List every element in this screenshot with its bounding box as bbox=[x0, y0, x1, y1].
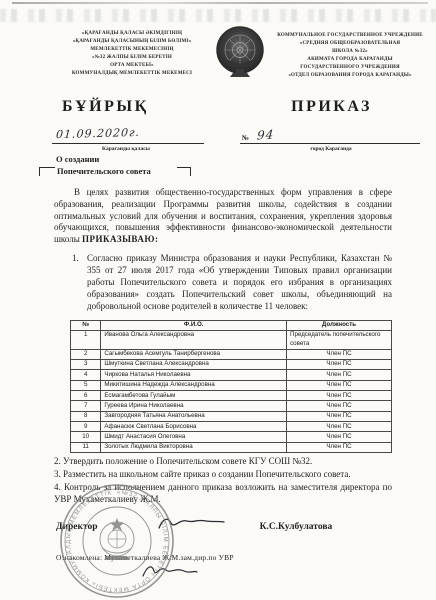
date-number-line: 01.09.2020г. № 94 bbox=[0, 116, 436, 144]
document-titles: БҰЙРЫҚ ПРИКАЗ bbox=[0, 81, 436, 116]
stamp-ring-text: «№32 ЖАЛПЫ БІЛІМ БЕРЕТІН ОРТА МЕКТЕБІ» К… bbox=[58, 482, 168, 592]
member-number-cell: 5 bbox=[71, 380, 101, 390]
member-name-cell: Завгородняя Татьяна Анатольевна bbox=[101, 411, 287, 421]
member-name-cell: Есмагамбетова Гулайым bbox=[101, 391, 287, 401]
place-russian: город Караганда bbox=[242, 146, 420, 152]
org-left-line: «ҚАРАҒАНДЫ ҚАЛАСЫНЫҢ БІЛІМ БӨЛІМІ» bbox=[52, 38, 212, 46]
org-right-line: ГОСУДАРСТВЕННОГО УЧРЕЖДЕНИЯ bbox=[268, 64, 432, 72]
member-number-cell: 11 bbox=[71, 442, 101, 452]
member-number-cell: 9 bbox=[71, 422, 101, 432]
member-number-cell: 2 bbox=[71, 349, 101, 359]
order-item-3: 3. Разместить на школьном сайте приказ о… bbox=[54, 469, 392, 481]
signature-name: К.С.Кулбулатова bbox=[260, 522, 333, 532]
place-kazakh: Караганды қаласы bbox=[52, 146, 200, 152]
member-name-cell: Микитишина Надежда Александровна bbox=[101, 380, 287, 390]
handwritten-number: 94 bbox=[257, 127, 275, 142]
org-right-line: «ОТДЕЛ ОБРАЗОВАНИЯ ГОРОДА КАРАГАНДЫ» bbox=[268, 72, 432, 80]
member-number-cell: 8 bbox=[71, 411, 101, 421]
org-left-line: КОММУНАЛДЫҚ МЕМЛЕКЕТТІК МЕКЕМЕСІ bbox=[52, 70, 212, 78]
table-row: 3Шмуткина Светлана АлександровнаЧлен ПС bbox=[71, 359, 392, 369]
org-left-line: «№32 ЖАЛПЫ БІЛІМ БЕРЕТІН bbox=[52, 54, 212, 62]
member-role-cell: Председатель попечительского совета bbox=[287, 330, 392, 349]
scan-artifact-band bbox=[0, 9, 436, 22]
subject-line1: О создании bbox=[56, 154, 436, 166]
corner-mark-left bbox=[39, 167, 55, 176]
order-item-1: 1. Согласно приказу Министра образования… bbox=[0, 246, 436, 312]
member-name-cell: Гуреева Ирина Николаевна bbox=[101, 401, 287, 411]
kazakhstan-coat-of-arms-icon bbox=[212, 25, 268, 81]
trustees-table: № Ф.И.О. Должность 1Иванова Ольга Алекса… bbox=[70, 320, 392, 454]
member-role-cell: Член ПС bbox=[287, 411, 392, 421]
member-name-cell: Афанасюк Светлана Борисовна bbox=[101, 422, 287, 432]
member-role-cell: Член ПС bbox=[287, 359, 392, 369]
handwritten-date: 01.09.2020г. bbox=[56, 126, 141, 141]
member-name-cell: Иванова Ольга Александровна bbox=[101, 330, 287, 349]
order-item-1-number: 1. bbox=[72, 253, 87, 312]
table-row: 6Есмагамбетова ГулайымЧлен ПС bbox=[71, 391, 392, 401]
table-row: 11Золотых Людмила ВикторовнаЧлен ПС bbox=[71, 442, 392, 452]
subject-line2: Попечительского совета bbox=[57, 166, 151, 176]
subject-line2-wrap: Попечительского совета bbox=[56, 166, 436, 178]
member-number-cell: 4 bbox=[71, 370, 101, 380]
table-row: 9Афанасюк Светлана БорисовнаЧлен ПС bbox=[71, 422, 392, 432]
table-row: 4Чиркова Наталья НиколаевнаЧлен ПС bbox=[71, 370, 392, 380]
table-row: 8Завгородняя Татьяна АнатольевнаЧлен ПС bbox=[71, 411, 392, 421]
scan-artifact-line bbox=[12, 2, 428, 4]
member-role-cell: Член ПС bbox=[287, 349, 392, 359]
order-item-1-text: Согласно приказу Министра образования и … bbox=[87, 253, 392, 312]
svg-text:«№32 ЖАЛПЫ БІЛІМ БЕРЕТІН ОРТА: «№32 ЖАЛПЫ БІЛІМ БЕРЕТІН ОРТА МЕКТЕБІ» К… bbox=[58, 482, 168, 592]
table-row: 10Шмидт Анастасия ОлеговнаЧлен ПС bbox=[71, 432, 392, 442]
place-line: Караганды қаласы город Караганда bbox=[0, 144, 436, 152]
member-name-cell: Сагымбекова Асемгуль Танирбергенова bbox=[101, 349, 287, 359]
col-header-number: № bbox=[71, 320, 101, 330]
prikazyvayu-emphasis: ПРИКАЗЫВАЮ: bbox=[82, 234, 158, 244]
member-number-cell: 10 bbox=[71, 432, 101, 442]
number-field: № 94 bbox=[240, 128, 420, 144]
member-name-cell: Чиркова Наталья Николаевна bbox=[101, 370, 287, 380]
col-header-fio: Ф.И.О. bbox=[101, 320, 287, 330]
table-row: 7Гуреева Ирина НиколаевнаЧлен ПС bbox=[71, 401, 392, 411]
org-left-line: ОРТА МЕКТЕБІ» bbox=[52, 62, 212, 70]
corner-mark-right bbox=[177, 167, 191, 176]
org-name-kazakh: «ҚАРАҒАНДЫ ҚАЛАСЫ ӘКІМДІГІНІҢ «ҚАРАҒАНДЫ… bbox=[52, 30, 212, 78]
member-role-cell: Член ПС bbox=[287, 391, 392, 401]
org-left-line: МЕМЛЕКЕТТІК МЕКЕМЕСІНІҢ bbox=[52, 46, 212, 54]
member-role-cell: Член ПС bbox=[287, 380, 392, 390]
preamble-paragraph: В целях развития общественно-государстве… bbox=[0, 178, 436, 246]
member-number-cell: 6 bbox=[71, 391, 101, 401]
table-row: 2Сагымбекова Асемгуль ТанирбергеноваЧлен… bbox=[71, 349, 392, 359]
number-label: № bbox=[242, 134, 249, 142]
member-number-cell: 1 bbox=[71, 330, 101, 349]
table-row: 1Иванова Ольга АлександровнаПредседатель… bbox=[71, 330, 392, 349]
table-header-row: № Ф.И.О. Должность bbox=[71, 320, 392, 330]
date-field: 01.09.2020г. bbox=[52, 124, 204, 144]
title-kazakh: БҰЙРЫҚ bbox=[62, 98, 149, 116]
col-header-role: Должность bbox=[287, 320, 392, 330]
members-table-body: 1Иванова Ольга АлександровнаПредседатель… bbox=[71, 330, 392, 452]
member-role-cell: Член ПС bbox=[287, 370, 392, 380]
table-row: 5Микитишина Надежда АлександровнаЧлен ПС bbox=[71, 380, 392, 390]
order-item-2: 2. Утвердить положение о Попечительском … bbox=[54, 456, 392, 468]
member-role-cell: Член ПС bbox=[287, 432, 392, 442]
member-role-cell: Член ПС bbox=[287, 401, 392, 411]
member-role-cell: Член ПС bbox=[287, 442, 392, 452]
official-round-stamp: «№32 ЖАЛПЫ БІЛІМ БЕРЕТІН ОРТА МЕКТЕБІ» К… bbox=[58, 482, 176, 600]
member-name-cell: Шмуткина Светлана Александровна bbox=[101, 359, 287, 369]
member-number-cell: 7 bbox=[71, 401, 101, 411]
member-role-cell: Член ПС bbox=[287, 422, 392, 432]
org-right-line: КОММУНАЛЬНОЕ ГОСУДАРСТВЕННОЕ УЧРЕЖДЕНИЕ bbox=[268, 32, 432, 40]
org-right-line: ШКОЛА №32» bbox=[268, 48, 432, 56]
org-left-line: «ҚАРАҒАНДЫ ҚАЛАСЫ ӘКІМДІГІНІҢ bbox=[52, 30, 212, 38]
org-name-russian: КОММУНАЛЬНОЕ ГОСУДАРСТВЕННОЕ УЧРЕЖДЕНИЕ … bbox=[268, 30, 432, 80]
order-document-page: «ҚАРАҒАНДЫ ҚАЛАСЫ ӘКІМДІГІНІҢ «ҚАРАҒАНДЫ… bbox=[0, 0, 436, 600]
member-name-cell: Шмидт Анастасия Олеговна bbox=[101, 432, 287, 442]
org-right-line: «СРЕДНЯЯ ОБЩЕОБРАЗОВАТЕЛЬНАЯ bbox=[268, 40, 432, 48]
member-number-cell: 3 bbox=[71, 359, 101, 369]
title-russian: ПРИКАЗ bbox=[291, 98, 372, 116]
org-right-line: АКИМАТА ГОРОДА КАРАГАНДЫ bbox=[268, 56, 432, 64]
subject-block: О создании Попечительского совета bbox=[0, 152, 436, 178]
member-name-cell: Золотых Людмила Викторовна bbox=[101, 442, 287, 452]
